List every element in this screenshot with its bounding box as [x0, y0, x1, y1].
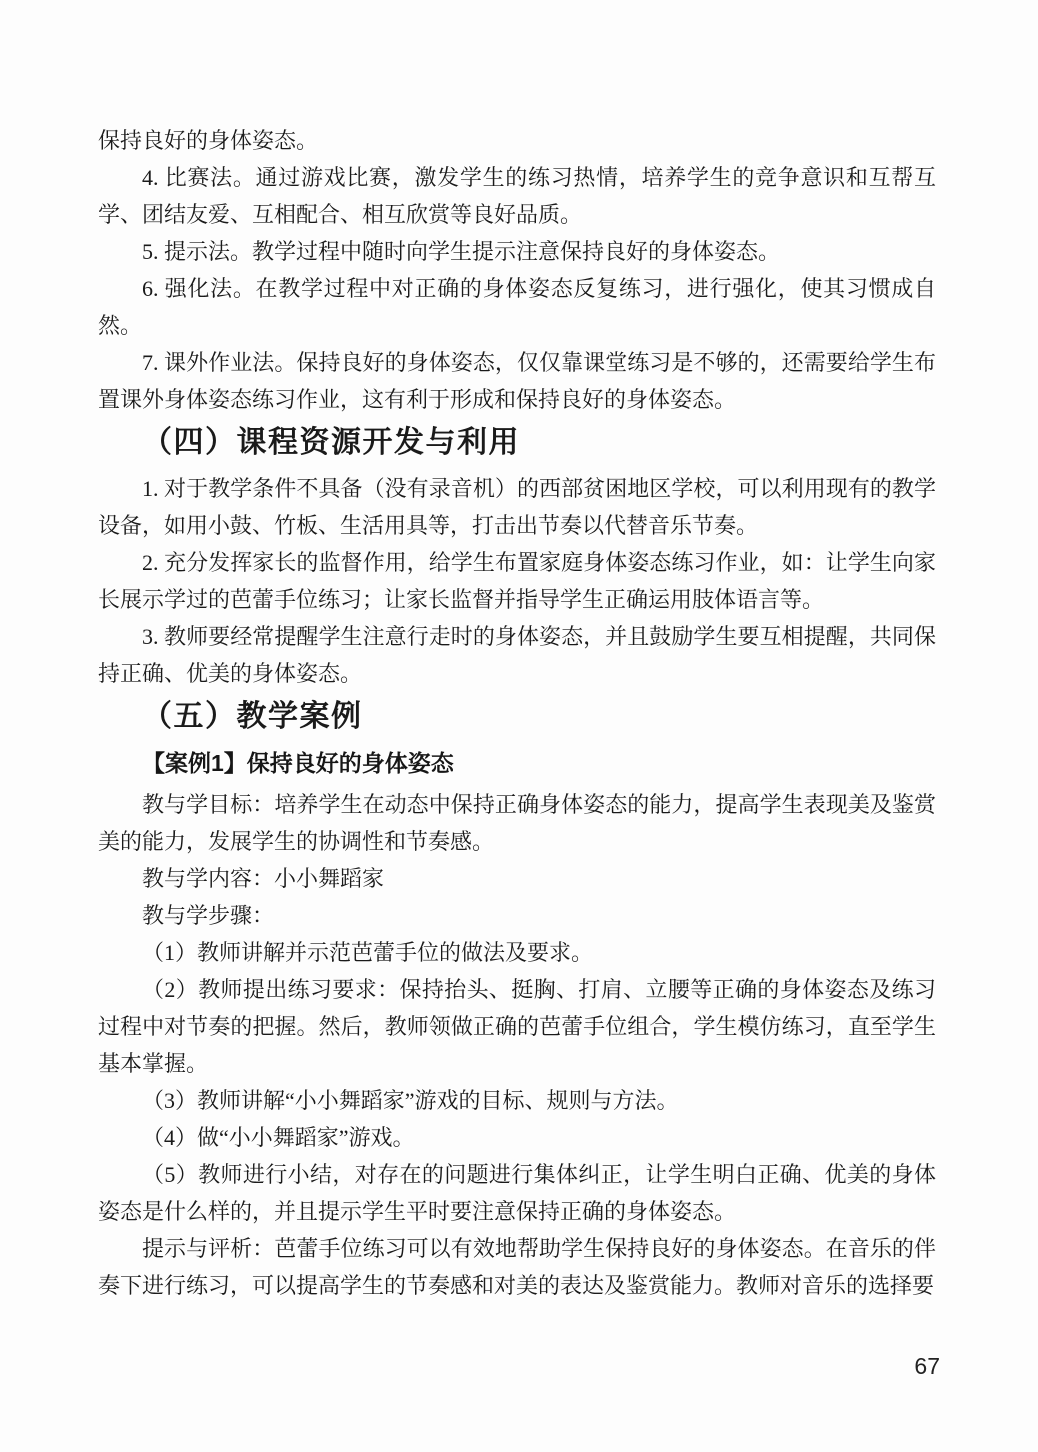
body-paragraph-resource-1: 1. 对于教学条件不具备（没有录音机）的西部贫困地区学校，可以利用现有的教学设备…	[98, 470, 936, 544]
section-heading-4-curriculum-resources: （四）课程资源开发与利用	[142, 422, 936, 464]
page-number: 67	[914, 1352, 940, 1380]
body-paragraph-case-goal: 教与学目标：培养学生在动态中保持正确身体姿态的能力，提高学生表现美及鉴赏美的能力…	[98, 786, 936, 860]
body-paragraph-case-steps-label: 教与学步骤：	[98, 897, 936, 934]
body-paragraph-method-6: 6. 强化法。在教学过程中对正确的身体姿态反复练习，进行强化，使其习惯成自然。	[98, 270, 936, 344]
body-paragraph-resource-2: 2. 充分发挥家长的监督作用，给学生布置家庭身体姿态练习作业，如：让学生向家长展…	[98, 544, 936, 618]
book-page: 保持良好的身体姿态。 4. 比赛法。通过游戏比赛，激发学生的练习热情，培养学生的…	[0, 0, 1038, 1452]
section-heading-5-teaching-cases: （五）教学案例	[142, 696, 936, 738]
body-paragraph-case-step-1: （1）教师讲解并示范芭蕾手位的做法及要求。	[98, 934, 936, 971]
body-paragraph-case-step-5: （5）教师进行小结，对存在的问题进行集体纠正，让学生明白正确、优美的身体姿态是什…	[98, 1156, 936, 1230]
body-paragraph-resource-3: 3. 教师要经常提醒学生注意行走时的身体姿态，并且鼓励学生要互相提醒，共同保持正…	[98, 618, 936, 692]
body-paragraph-method-4: 4. 比赛法。通过游戏比赛，激发学生的练习热情，培养学生的竞争意识和互帮互学、团…	[98, 159, 936, 233]
body-paragraph-case-review: 提示与评析：芭蕾手位练习可以有效地帮助学生保持良好的身体姿态。在音乐的伴奏下进行…	[98, 1230, 936, 1304]
page-content: 保持良好的身体姿态。 4. 比赛法。通过游戏比赛，激发学生的练习热情，培养学生的…	[98, 122, 936, 1304]
case-1-heading: 【案例1】保持良好的身体姿态	[142, 746, 936, 780]
body-paragraph-case-step-4: （4）做“小小舞蹈家”游戏。	[98, 1119, 936, 1156]
body-paragraph-case-step-3: （3）教师讲解“小小舞蹈家”游戏的目标、规则与方法。	[98, 1082, 936, 1119]
body-paragraph-case-step-2: （2）教师提出练习要求：保持抬头、挺胸、打肩、立腰等正确的身体姿态及练习过程中对…	[98, 971, 936, 1082]
body-paragraph-case-content: 教与学内容：小小舞蹈家	[98, 860, 936, 897]
body-paragraph-method-7: 7. 课外作业法。保持良好的身体姿态，仅仅靠课堂练习是不够的，还需要给学生布置课…	[98, 344, 936, 418]
body-paragraph-continuation: 保持良好的身体姿态。	[98, 122, 936, 159]
body-paragraph-method-5: 5. 提示法。教学过程中随时向学生提示注意保持良好的身体姿态。	[98, 233, 936, 270]
